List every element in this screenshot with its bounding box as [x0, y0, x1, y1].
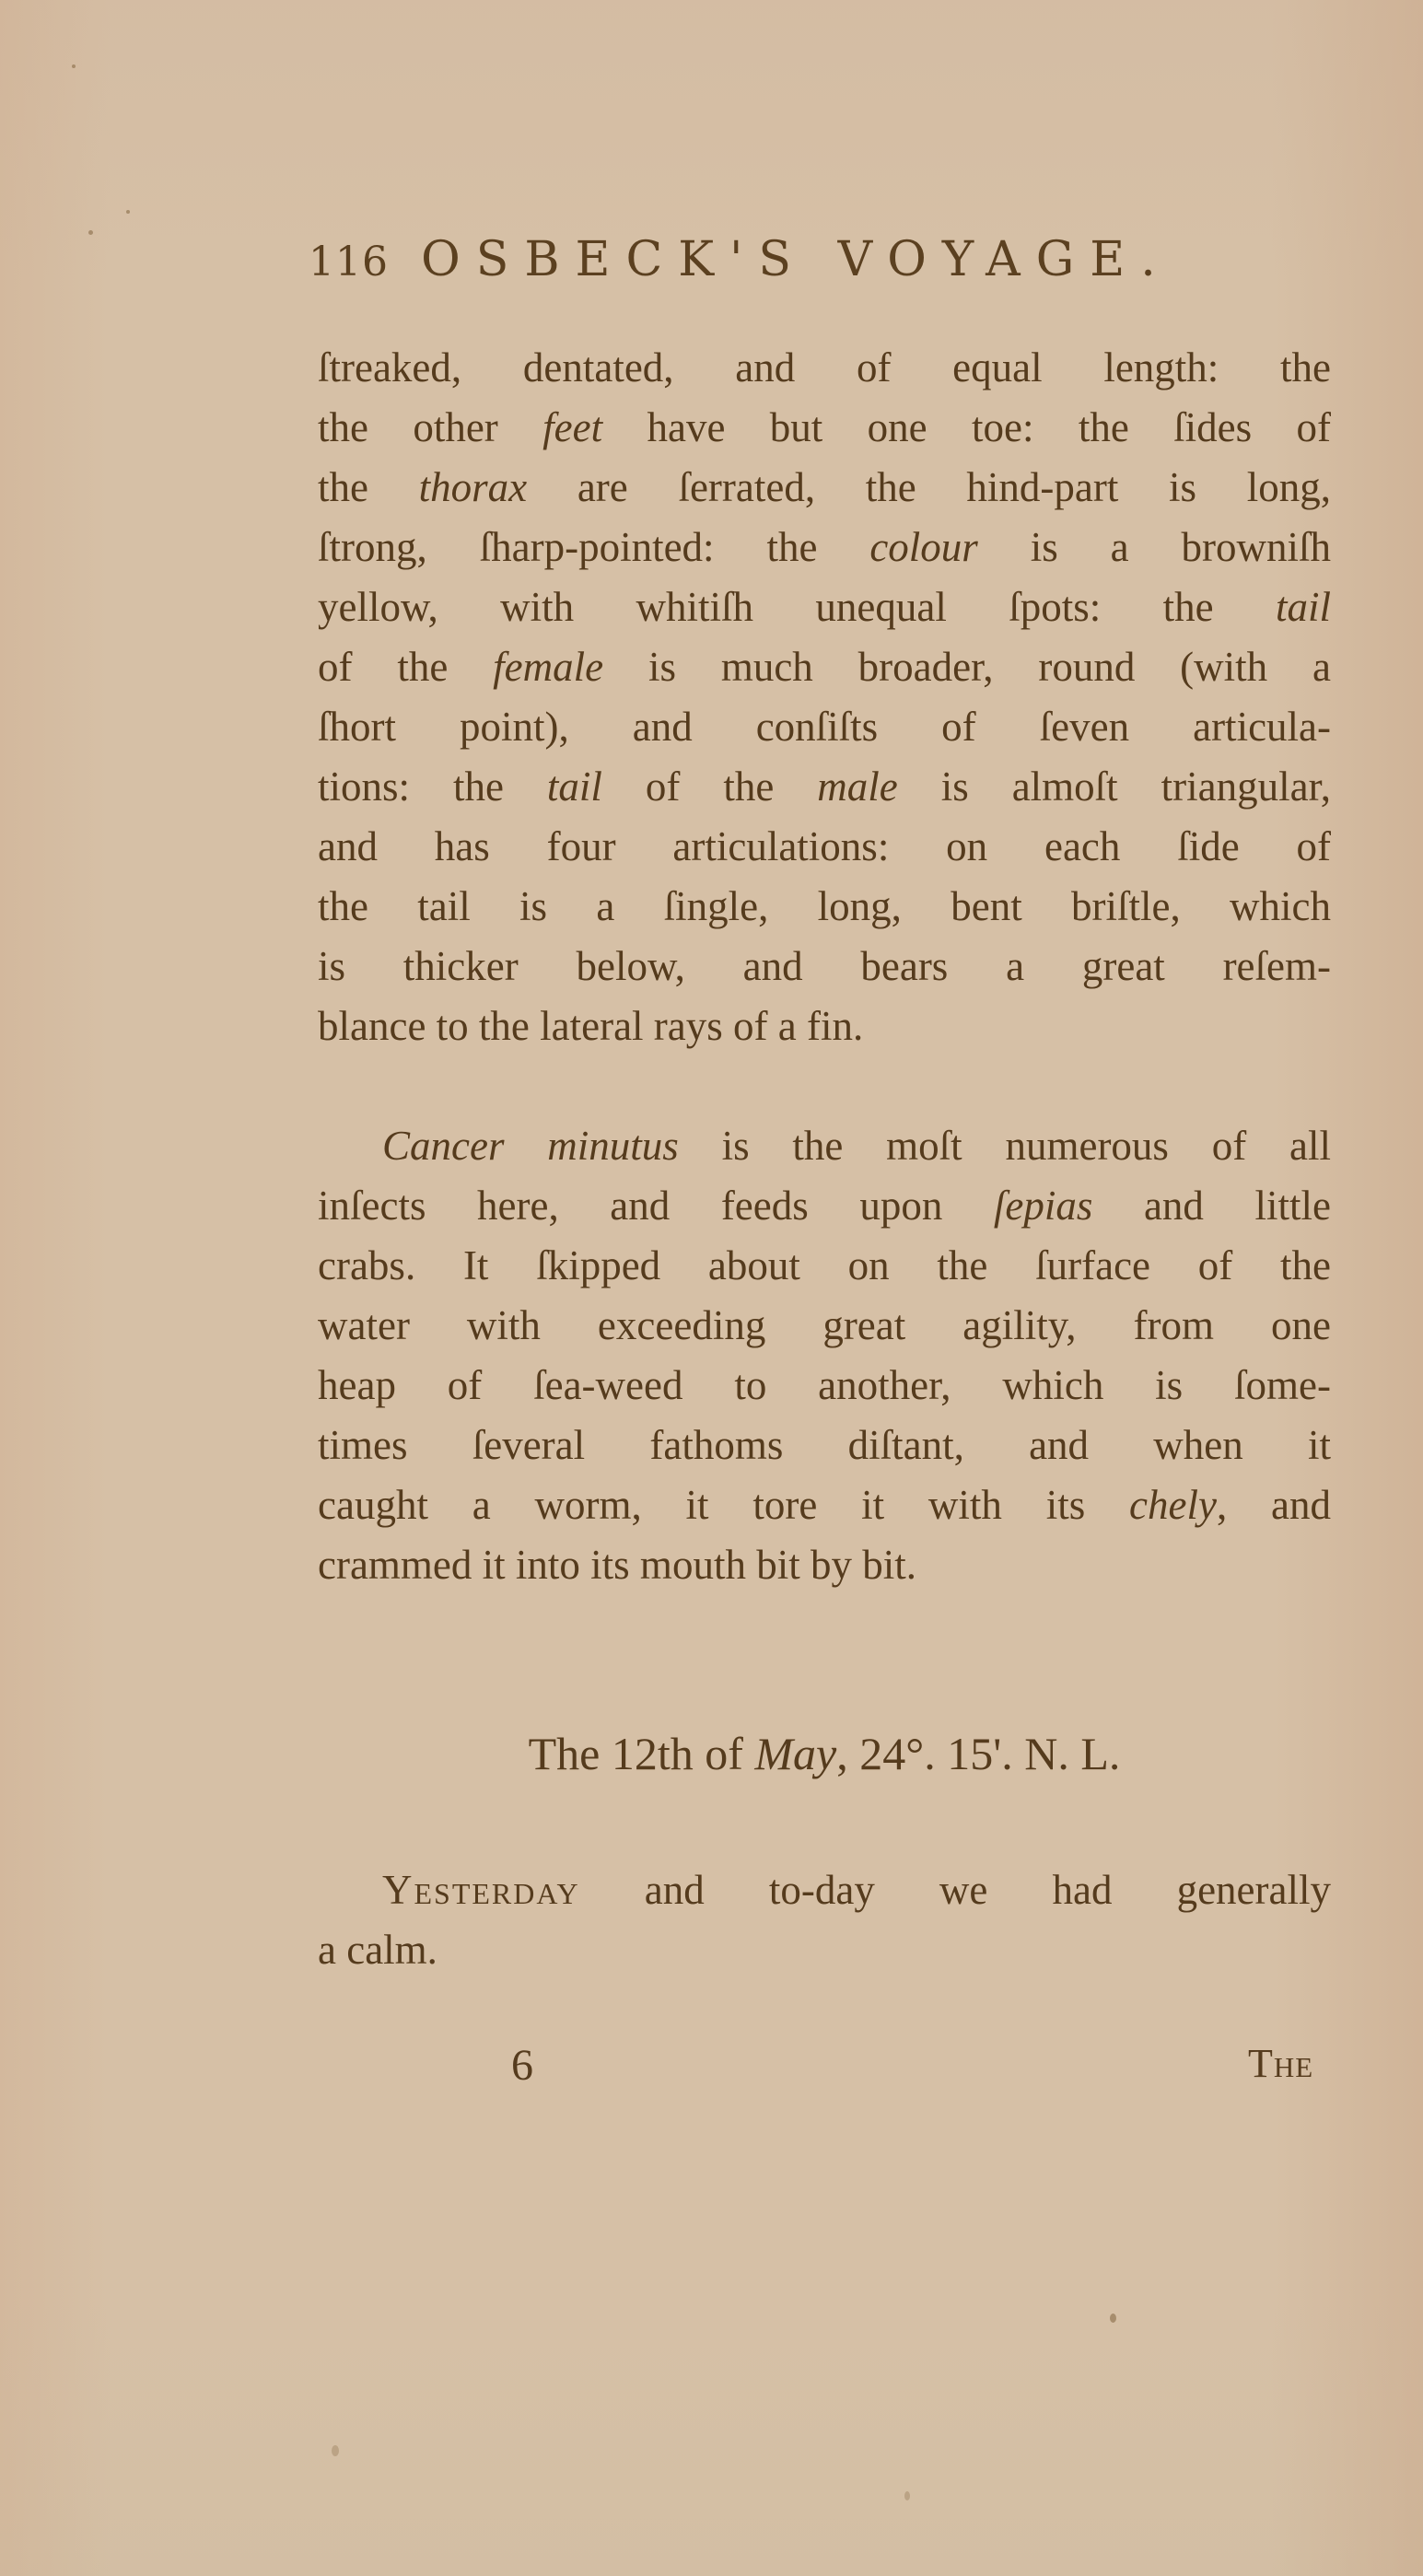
italic-term: tail	[547, 763, 602, 810]
paper-speck	[126, 210, 130, 214]
text-line: ſtrong, ſharp-pointed: the colour is a b…	[318, 518, 1331, 577]
italic-term: thorax	[419, 464, 528, 510]
text-line: times ſeveral fathoms diſtant, and when …	[318, 1416, 1331, 1475]
book-page: 116 OSBECK'S VOYAGE. ſtreaked, dentated,…	[0, 0, 1423, 2576]
text-line: a calm.	[318, 1920, 1331, 1980]
text-line: inſects here, and feeds upon ſepias and …	[318, 1176, 1331, 1236]
small-caps-lead: Yesterday	[382, 1867, 580, 1913]
text-line: water with exceeding great agility, from…	[318, 1296, 1331, 1356]
italic-term: male	[817, 763, 897, 810]
dateline-heading: The 12th of May, 24°. 15'. N. L.	[318, 1727, 1331, 1780]
text-line: Yesterday and to-day we had generally	[318, 1860, 1331, 1920]
italic-term: female	[493, 644, 603, 690]
paper-speck	[332, 2445, 339, 2456]
italic-term: Cancer minutus	[382, 1123, 679, 1169]
text-line: is thicker below, and bears a great reſe…	[318, 937, 1331, 997]
dateline-prefix: The 12th of	[529, 1728, 755, 1779]
text-line: tions: the tail of the male is almoſt tr…	[318, 757, 1331, 817]
paragraph-cancer-minutus: Cancer minutus is the moſt numerous of a…	[318, 1116, 1331, 1595]
paper-speck	[904, 2491, 910, 2500]
italic-term: tail	[1276, 584, 1331, 630]
italic-term: chely	[1129, 1482, 1217, 1528]
text-line: and has four articulations: on each ſide…	[318, 817, 1331, 877]
running-head: 116 OSBECK'S VOYAGE.	[309, 232, 1340, 287]
paragraph-weather: Yesterday and to-day we had generally a …	[318, 1860, 1331, 1980]
text-line: ſtreaked, dentated, and of equal length:…	[318, 338, 1331, 398]
text-line: crammed it into its mouth bit by bit.	[318, 1535, 1331, 1595]
text-line: Cancer minutus is the moſt numerous of a…	[318, 1116, 1331, 1176]
text-line: crabs. It ſkipped about on the ſurface o…	[318, 1236, 1331, 1296]
italic-term: feet	[542, 404, 602, 450]
running-title: OSBECK'S VOYAGE.	[421, 232, 1172, 287]
catchword: The	[1248, 2040, 1313, 2087]
text-line: the tail is a ſingle, long, bent briſtle…	[318, 877, 1331, 937]
paper-speck	[1110, 2314, 1116, 2323]
text-line: caught a worm, it tore it with its chely…	[318, 1475, 1331, 1535]
dateline-suffix: , 24°. 15'. N. L.	[836, 1728, 1120, 1779]
text-line: ſhort point), and conſiſts of ſeven arti…	[318, 697, 1331, 757]
text-line: heap of ſea-weed to another, which is ſo…	[318, 1356, 1331, 1416]
text-line: of the female is much broader, round (wi…	[318, 637, 1331, 697]
text-line: blance to the lateral rays of a fin.	[318, 997, 1331, 1056]
paper-speck	[72, 64, 76, 68]
paper-speck	[88, 230, 93, 235]
italic-term: ſepias	[994, 1183, 1093, 1229]
page-number: 116	[309, 239, 389, 286]
italic-term: colour	[869, 524, 978, 570]
paragraph-insect-description: ſtreaked, dentated, and of equal length:…	[318, 338, 1331, 1056]
signature-mark: 6	[511, 2040, 533, 2091]
text-line: the other feet have but one toe: the ſid…	[318, 398, 1331, 458]
dateline-month: May	[754, 1728, 836, 1779]
line-rest: and to-day we had generally	[580, 1867, 1331, 1913]
text-line: the thorax are ſerrated, the hind-part i…	[318, 458, 1331, 518]
text-line: yellow, with whitiſh unequal ſpots: the …	[318, 577, 1331, 637]
